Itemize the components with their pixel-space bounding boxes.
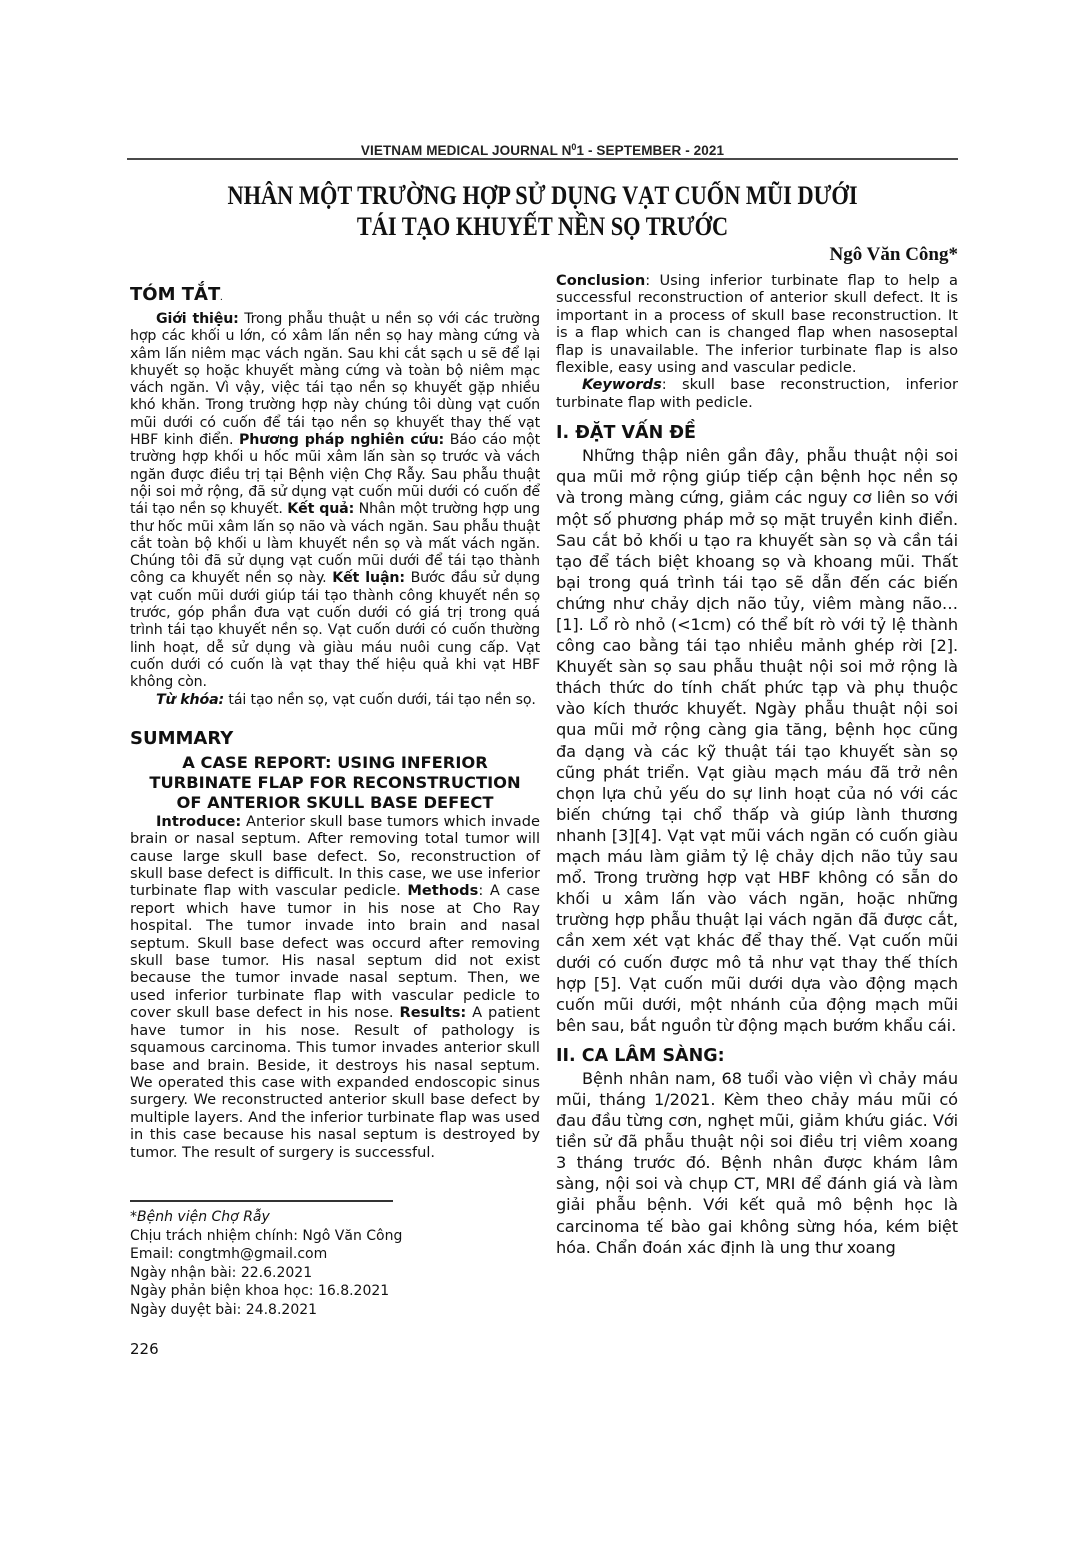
left-column: TÓM TẮT. Giới thiệu: Trong phẫu thuật u … [130, 283, 540, 1161]
section-2-body: Bệnh nhân nam, 68 tuổi vào viện vì chảy … [556, 1068, 958, 1258]
right-column: Conclusion: Using inferior turbinate fla… [556, 272, 958, 1258]
results-label: Kết quả: [287, 501, 354, 517]
results-en-text: A patient have tumor in his nose. Result… [130, 1004, 540, 1160]
running-head: VIETNAM MEDICAL JOURNAL N01 - SEPTEMBER … [127, 142, 958, 158]
conclusion-en-label: Conclusion [556, 272, 645, 289]
section-1-body: Những thập niên gần đây, phẫu thuật nội … [556, 445, 958, 1036]
results-en-label: Results: [400, 1004, 467, 1021]
section-2-text: Bệnh nhân nam, 68 tuổi vào viện vì chảy … [556, 1069, 958, 1257]
introduce-label: Introduce: [156, 813, 241, 830]
abstract-vi-body: Giới thiệu: Trong phẫu thuật u nền sọ vớ… [130, 311, 540, 692]
affiliation: *Bệnh viện Chợ Rẫy [130, 1208, 402, 1227]
author-name: Ngô Văn Công* [830, 244, 958, 266]
journal-page: VIETNAM MEDICAL JOURNAL N01 - SEPTEMBER … [0, 0, 1090, 1541]
section-2-heading: II. CA LÂM SÀNG: [556, 1044, 958, 1068]
footnotes: *Bệnh viện Chợ Rẫy Chịu trách nhiệm chín… [130, 1208, 402, 1320]
title-line-2: TÁI TẠO KHUYẾT NỀN SỌ TRƯỚC [185, 211, 900, 242]
date-reviewed: Ngày phản biện khoa học: 16.8.2021 [130, 1282, 402, 1301]
date-received: Ngày nhận bài: 22.6.2021 [130, 1264, 402, 1283]
footnote-rule [130, 1200, 393, 1202]
methods-label: Phương pháp nghiên cứu: [239, 432, 444, 448]
summary-heading: SUMMARY [130, 727, 540, 751]
section-1-text: Những thập niên gần đây, phẫu thuật nội … [556, 446, 958, 1035]
abstract-en-body: Introduce: Anterior skull base tumors wh… [130, 813, 540, 1161]
summary-title: A CASE REPORT: USING INFERIOR TURBINATE … [130, 753, 540, 813]
article-title: NHÂN MỘT TRƯỜNG HỢP SỬ DỤNG VẠT CUỐN MŨI… [185, 180, 900, 242]
abstract-vi-heading-text: TÓM TẮT [130, 284, 220, 305]
header-rule [127, 158, 958, 160]
email: Email: congtmh@gmail.com [130, 1245, 402, 1264]
title-line-1: NHÂN MỘT TRƯỜNG HỢP SỬ DỤNG VẠT CUỐN MŨI… [185, 180, 900, 211]
abstract-en-conclusion: Conclusion: Using inferior turbinate fla… [556, 272, 958, 376]
conclusion-text: Bước đầu sử dụng vạt cuốn mũi dưới giúp … [130, 570, 540, 690]
abstract-vi-heading: TÓM TẮT. [130, 283, 540, 311]
issue-date: 1 - SEPTEMBER - 2021 [577, 143, 725, 158]
abstract-en-keywords: Keywords: skull base reconstruction, inf… [556, 376, 958, 411]
intro-text: Trong phẫu thuật u nền sọ với các trường… [130, 311, 540, 448]
summary-title-line-2: TURBINATE FLAP FOR RECONSTRUCTION [130, 773, 540, 793]
keywords-vi-text: tái tạo nền sọ, vạt cuốn dưới, tái tạo n… [224, 692, 536, 708]
intro-label: Giới thiệu: [156, 311, 239, 327]
section-1-heading: I. ĐẶT VẤN ĐỀ [556, 421, 958, 445]
methods-en-text: : A case report which have tumor in his … [130, 882, 540, 1021]
summary-title-line-3: OF ANTERIOR SKULL BASE DEFECT [130, 793, 540, 813]
methods-en-label: Methods [407, 882, 478, 899]
keywords-vi-label: Từ khóa: [156, 692, 224, 708]
conclusion-label: Kết luận: [332, 570, 405, 586]
page-number: 226 [130, 1340, 159, 1358]
summary-title-line-1: A CASE REPORT: USING INFERIOR [130, 753, 540, 773]
keywords-en-label: Keywords [582, 376, 662, 393]
date-accepted: Ngày duyệt bài: 24.8.2021 [130, 1301, 402, 1320]
corresponding-author: Chịu trách nhiệm chính: Ngô Văn Công [130, 1227, 402, 1246]
abstract-vi-keywords: Từ khóa: tái tạo nền sọ, vạt cuốn dưới, … [130, 692, 540, 709]
journal-name: VIETNAM MEDICAL JOURNAL N [361, 143, 572, 158]
